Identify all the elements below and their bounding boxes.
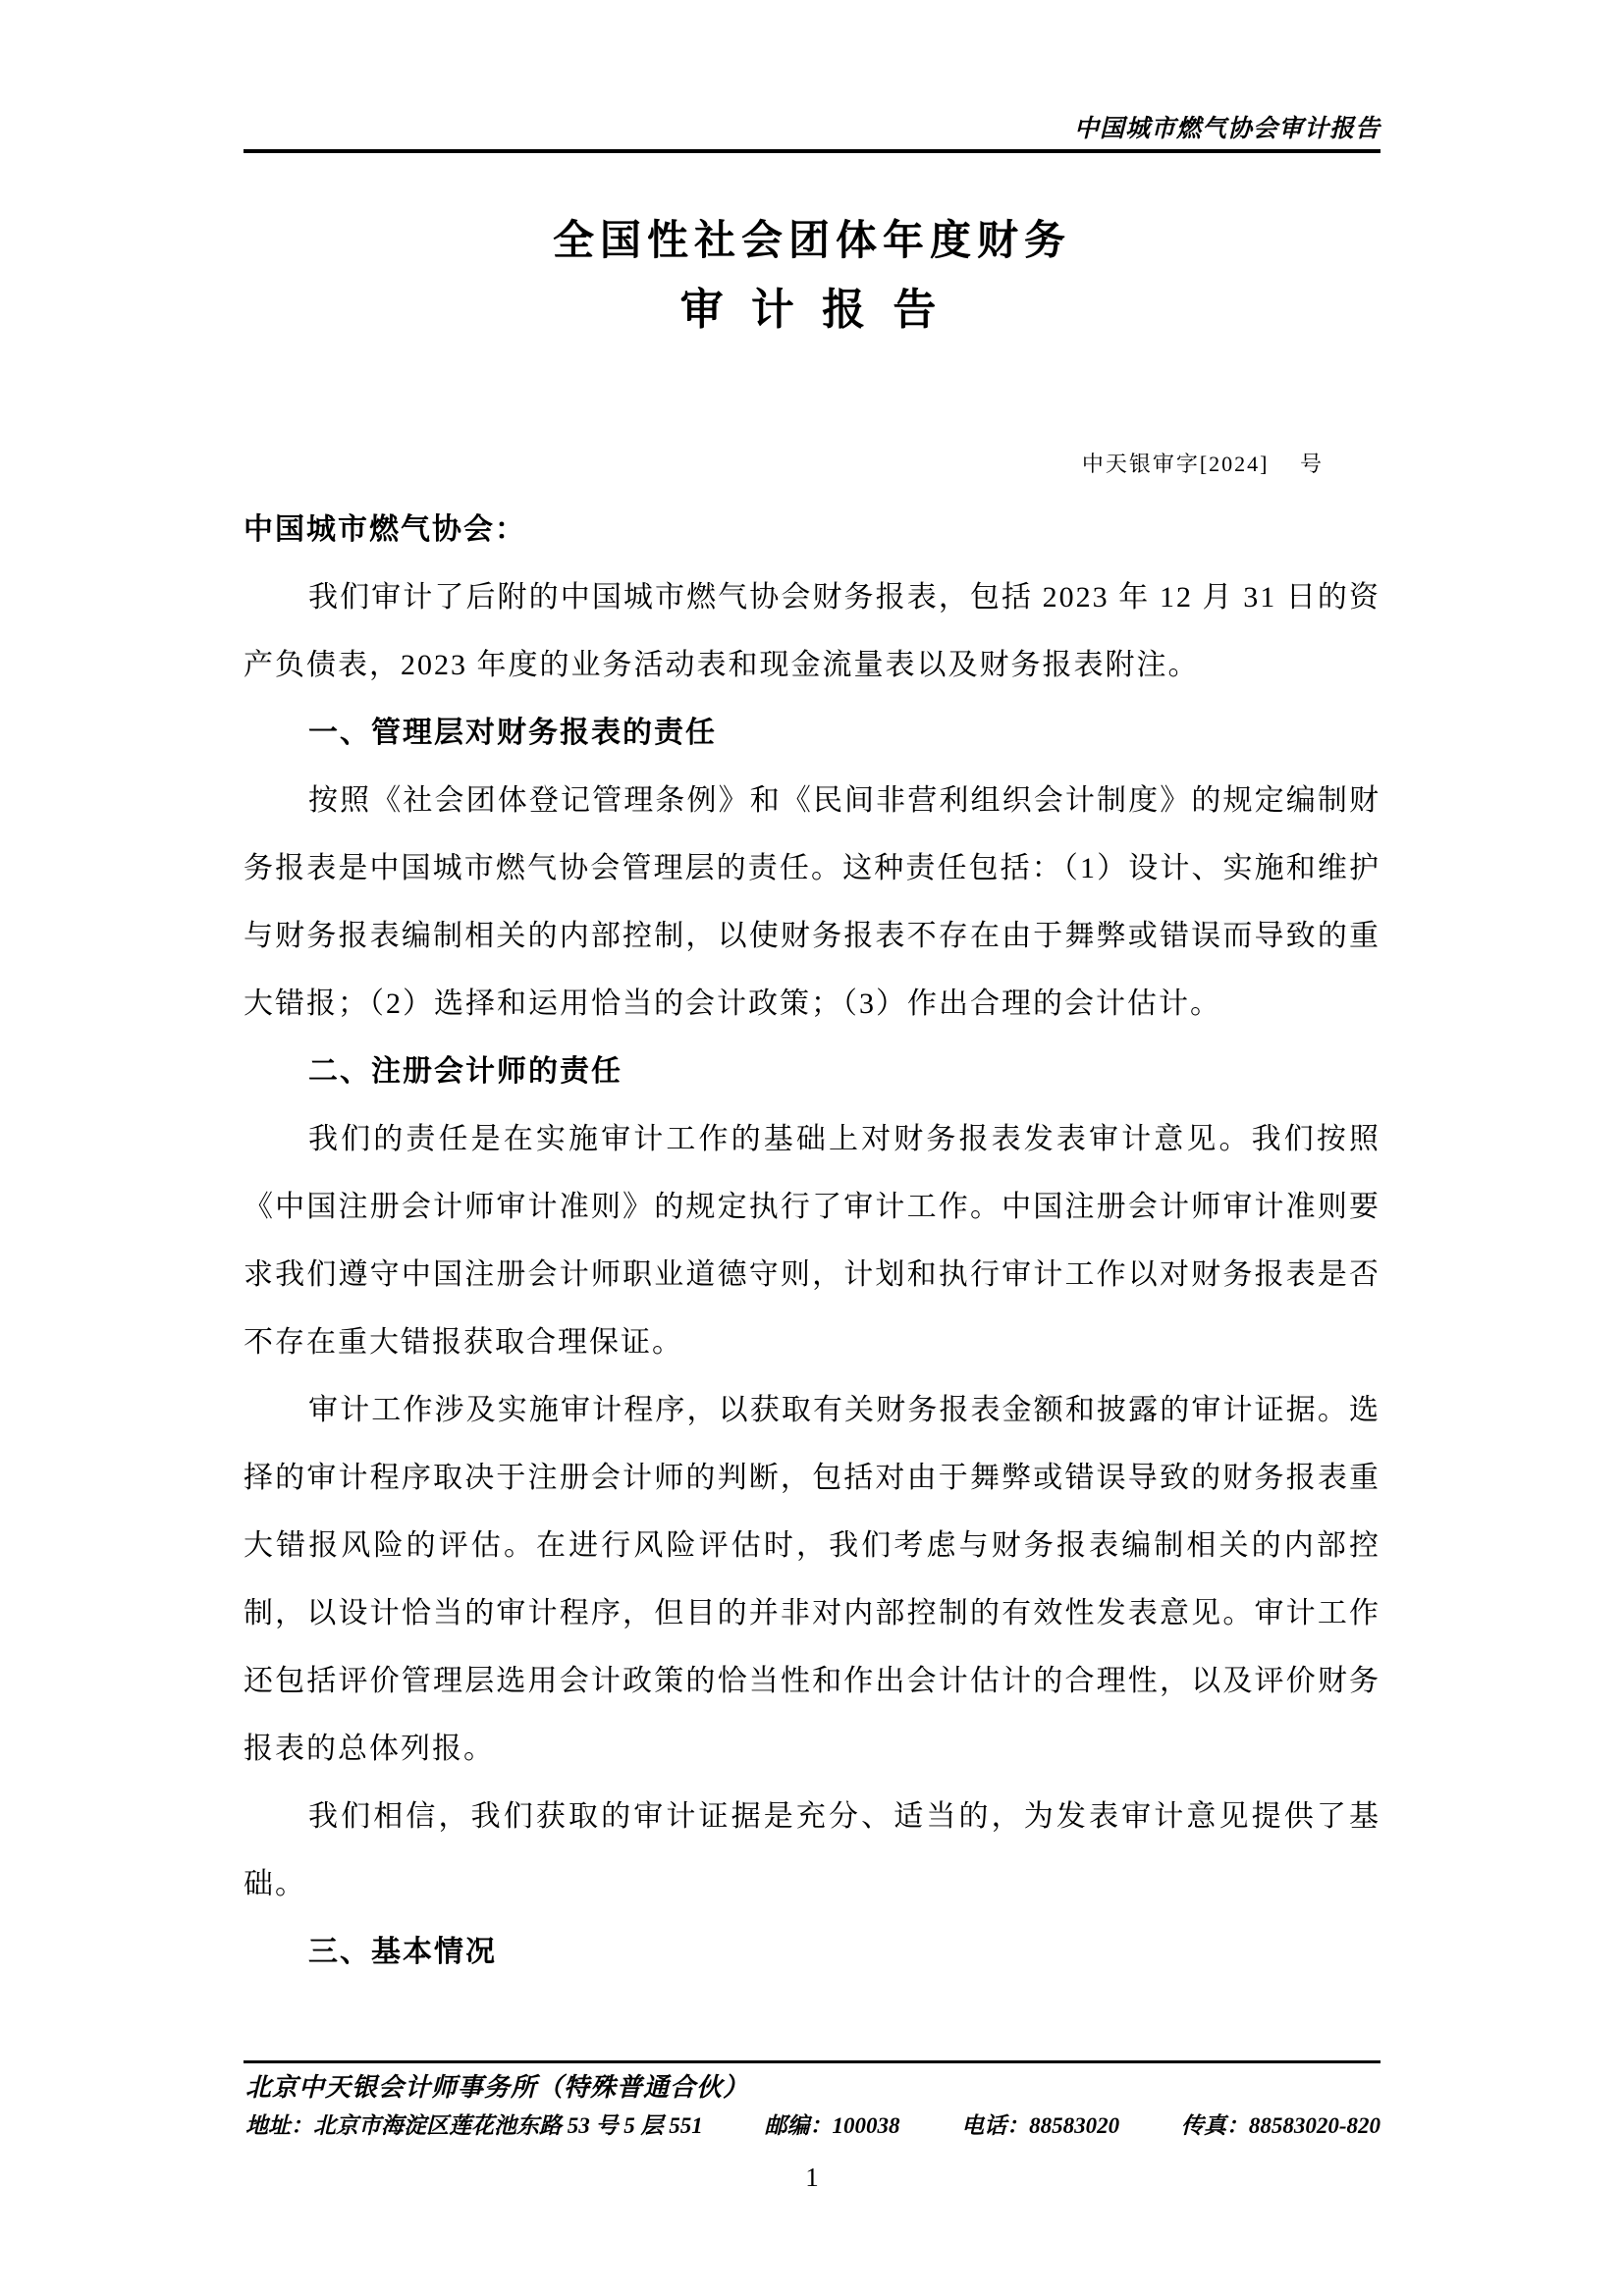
running-header: 中国城市燃气协会审计报告 (244, 114, 1380, 145)
paragraph-audit-evidence: 我们相信，我们获取的审计证据是充分、适当的，为发表审计意见提供了基础。 (244, 1783, 1380, 1918)
footer-contact-line: 地址：北京市海淀区莲花池东路 53 号 5 层 551 邮编：100038 电话… (245, 2110, 1380, 2142)
paragraph-management-responsibility: 按照《社会团体登记管理条例》和《民间非营利组织会计制度》的规定编制财务报表是中国… (244, 767, 1380, 1038)
footer-address: 地址：北京市海淀区莲花池东路 53 号 5 层 551 (245, 2110, 703, 2142)
header-rule (244, 149, 1380, 153)
footer-firm-name: 北京中天银会计师事务所（特殊普通合伙） (245, 2071, 1382, 2105)
footer-postcode: 邮编：100038 (764, 2110, 899, 2142)
running-header-text: 中国城市燃气协会审计报告 (1074, 116, 1380, 142)
paragraph-audit-scope: 我们审计了后附的中国城市燃气协会财务报表，包括 2023 年 12 月 31 日… (244, 563, 1380, 699)
document-body: 中国城市燃气协会： 我们审计了后附的中国城市燃气协会财务报表，包括 2023 年… (244, 496, 1380, 1986)
section-heading-basic-information: 三、基本情况 (244, 1918, 1380, 1986)
page-number: 1 (244, 2161, 1380, 2194)
paragraph-audit-procedures: 审计工作涉及实施审计程序，以获取有关财务报表金额和披露的审计证据。选择的审计程序… (244, 1376, 1380, 1783)
footer-rule (244, 2060, 1380, 2063)
audit-report-page: 中国城市燃气协会审计报告 全国性社会团体年度财务 审 计 报 告 中天银审字[2… (0, 0, 1624, 2296)
section-heading-auditor-responsibility: 二、注册会计师的责任 (244, 1038, 1380, 1105)
section-heading-management-responsibility: 一、管理层对财务报表的责任 (244, 699, 1380, 767)
reference-number: 中天银审字[2024] 号 (244, 451, 1380, 478)
footer-fax: 传真：88583020-820 (1181, 2110, 1380, 2142)
title-line-1: 全国性社会团体年度财务 (244, 219, 1380, 262)
paragraph-auditor-responsibility: 我们的责任是在实施审计工作的基础上对财务报表发表审计意见。我们按照《中国注册会计… (244, 1105, 1380, 1376)
footer-phone: 电话：88583020 (961, 2110, 1119, 2142)
addressee: 中国城市燃气协会： (244, 496, 1380, 563)
title-line-2: 审 计 报 告 (244, 288, 1380, 333)
document-title: 全国性社会团体年度财务 审 计 报 告 (244, 219, 1380, 333)
